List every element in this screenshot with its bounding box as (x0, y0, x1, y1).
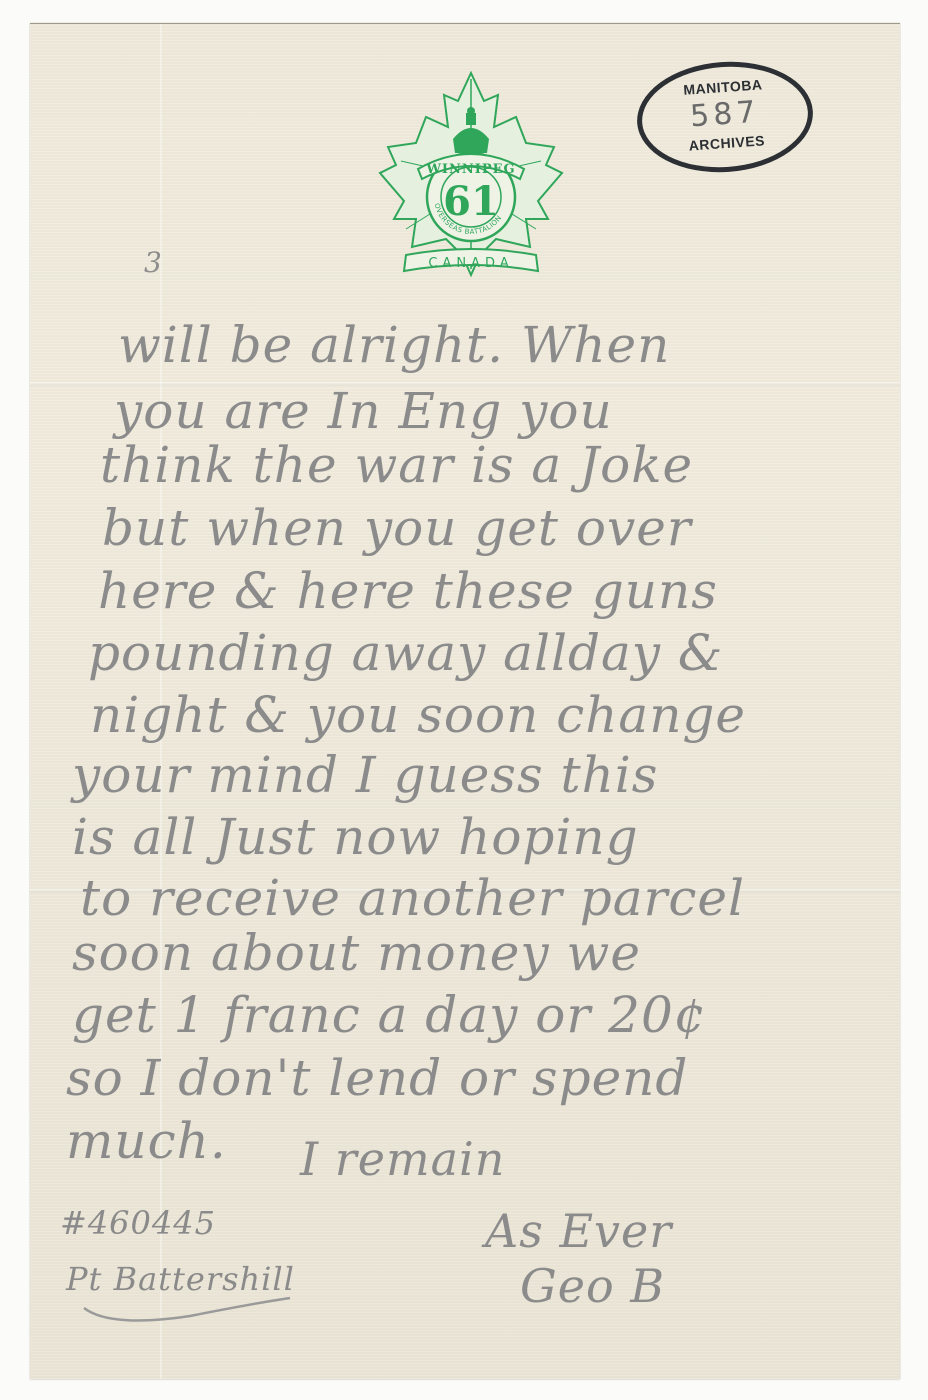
signature-line-1: As Ever (485, 1204, 672, 1258)
battalion-crest-icon: WINNIPEG 61 OVERSEAS BATTALION CANADA (376, 69, 566, 284)
archive-stamp: MANITOBA 587 ARCHIVES (633, 56, 816, 178)
letter-page: WINNIPEG 61 OVERSEAS BATTALION CANADA MA… (30, 23, 900, 1379)
letter-line: you are In Eng you (114, 382, 613, 440)
crest-banner-top: WINNIPEG (425, 162, 515, 177)
valediction: I remain (300, 1132, 505, 1186)
letter-line: think the war is a Joke (100, 436, 693, 494)
letter-line: but when you get over (102, 499, 692, 557)
page-number: 3 (144, 246, 162, 279)
letter-line: here & here these guns (98, 562, 718, 620)
letter-line: so I don't lend or spend (66, 1049, 688, 1107)
letter-line: to receive another parcel (80, 869, 745, 927)
crest-number: 61 (443, 178, 499, 225)
letter-line: night & you soon change (90, 686, 746, 744)
letter-line: get 1 franc a day or 20¢ (72, 986, 707, 1044)
letter-line: will be alright. When (118, 316, 670, 374)
letter-line: much. (66, 1112, 227, 1170)
signature-line-2: Geo B (520, 1259, 665, 1313)
service-number: #460445 (60, 1204, 216, 1242)
name-underline-flourish (80, 1292, 300, 1332)
crest-banner-bottom: CANADA (428, 256, 513, 271)
letter-line: is all Just now hoping (72, 808, 639, 866)
letter-line: your mind I guess this (72, 746, 658, 804)
letter-line: pounding away allday & (88, 624, 723, 682)
letter-line: soon about money we (72, 924, 641, 982)
